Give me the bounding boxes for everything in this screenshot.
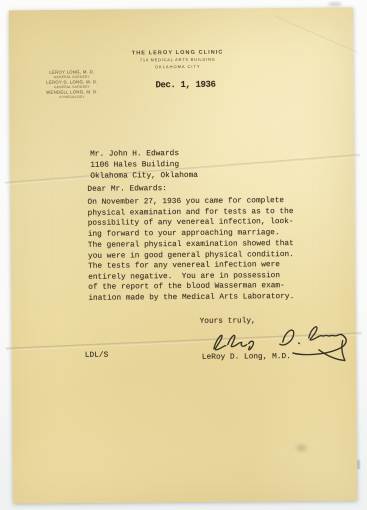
letterhead: THE LEROY LONG CLINIC 714 MEDICAL ARTS B… — [88, 48, 268, 71]
body-paragraph-1: On November 27, 1936 you came for comple… — [87, 196, 322, 240]
clinic-city: OKLAHOMA CITY — [88, 63, 268, 72]
closing-line: Yours truly, — [200, 316, 256, 327]
photo-background: THE LEROY LONG CLINIC 714 MEDICAL ARTS B… — [0, 0, 367, 510]
physician-specialty: GENERAL SURGERY — [39, 75, 104, 79]
background-blue-mark — [357, 460, 360, 469]
physician-entry: LEROY D. LONG, M. D. GENERAL SURGERY — [39, 79, 104, 90]
letter-date: Dec. 1, 1936 — [155, 80, 215, 91]
physician-entry: LEROY LONG, M. D. GENERAL SURGERY — [39, 69, 104, 80]
fold-crease-bottom — [6, 332, 362, 351]
letter-paper: THE LEROY LONG CLINIC 714 MEDICAL ARTS B… — [9, 8, 357, 504]
typed-signature: LeRoy D. Long, M.D. — [202, 352, 291, 363]
fold-crease-corner — [274, 16, 357, 54]
background-smudge — [328, 2, 342, 6]
reference-initials: LDL/S — [85, 351, 108, 362]
recipient-address: Mr. John H. Edwards 1106 Hales Building … — [90, 149, 198, 182]
pencil-smudge — [294, 442, 310, 454]
physician-specialty: GYNECOLOGY — [40, 95, 105, 99]
physician-specialty: GENERAL SURGERY — [40, 85, 105, 89]
physician-roster: LEROY LONG, M. D. GENERAL SURGERY LEROY … — [39, 69, 104, 100]
physician-entry: WENDELL LONG, M. D. GYNECOLOGY — [40, 89, 105, 100]
body-paragraph-2: The general physical examination showed … — [88, 239, 324, 305]
salutation: Dear Mr. Edwards: — [87, 184, 167, 195]
